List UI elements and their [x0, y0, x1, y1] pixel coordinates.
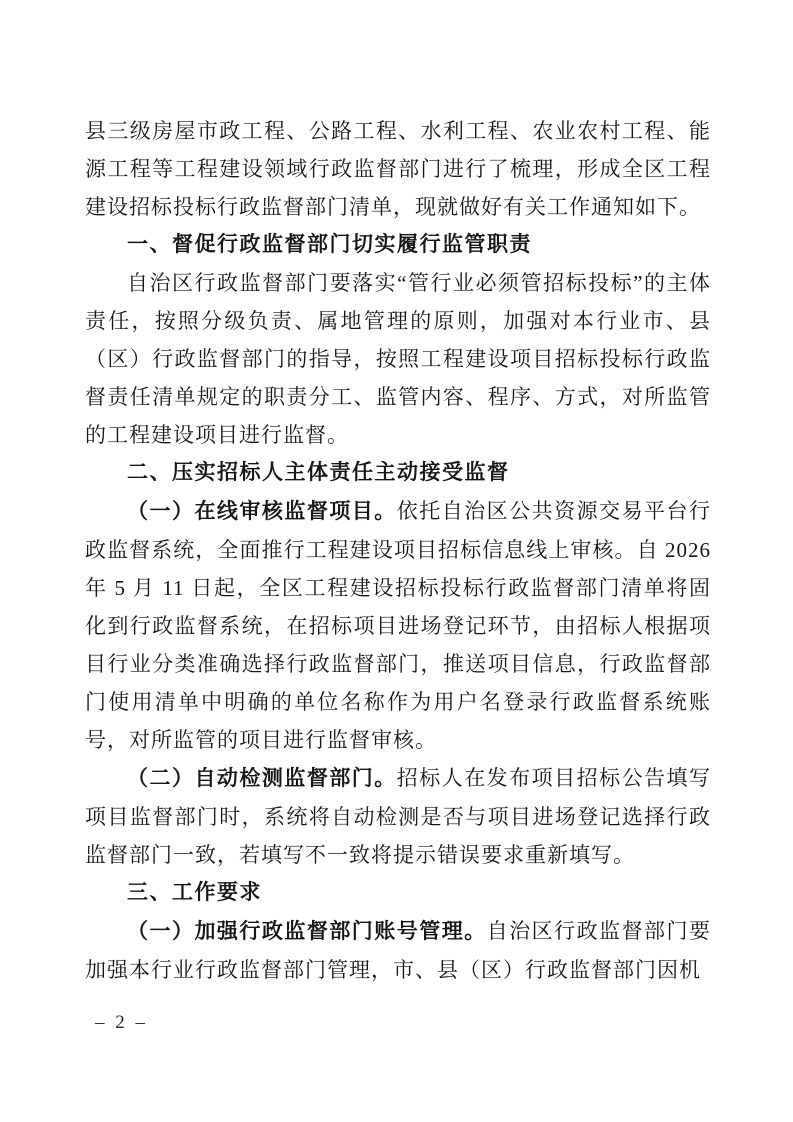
paragraph: （二）自动检测监督部门。招标人在发布项目招标公告填写项目监督部门时，系统将自动检… — [85, 759, 711, 874]
subitem-1-lead: （一）在线审核监督项目。 — [127, 500, 397, 523]
section-heading-3: 三、工作要求 — [85, 874, 711, 912]
subitem-2-lead: （二）自动检测监督部门。 — [127, 767, 397, 790]
paragraph-continuation: 县三级房屋市政工程、公路工程、水利工程、农业农村工程、能源工程等工程建设领域行政… — [85, 112, 711, 226]
paragraph: （一）加强行政监督部门账号管理。自治区行政监督部门要加强本行业行政监督部门管理，… — [85, 912, 711, 989]
document-page: 县三级房屋市政工程、公路工程、水利工程、农业农村工程、能源工程等工程建设领域行政… — [0, 0, 793, 1122]
subitem-1-text: 依托自治区公共资源交易平台行政监督系统，全面推行工程建设项目招标信息线上审核。自… — [85, 499, 711, 752]
paragraph: （一）在线审核监督项目。依托自治区公共资源交易平台行政监督系统，全面推行工程建设… — [85, 492, 711, 759]
page-number: – 2 – — [95, 1008, 148, 1038]
paragraph: 自治区行政监督部门要落实“管行业必须管招标投标”的主体责任，按照分级负责、属地管… — [85, 264, 711, 454]
section-heading-2: 二、压实招标人主体责任主动接受监督 — [85, 454, 711, 492]
section-heading-1: 一、督促行政监督部门切实履行监管职责 — [85, 226, 711, 264]
document-body: 县三级房屋市政工程、公路工程、水利工程、农业农村工程、能源工程等工程建设领域行政… — [85, 112, 711, 989]
subitem-3-lead: （一）加强行政监督部门账号管理。 — [127, 920, 487, 943]
